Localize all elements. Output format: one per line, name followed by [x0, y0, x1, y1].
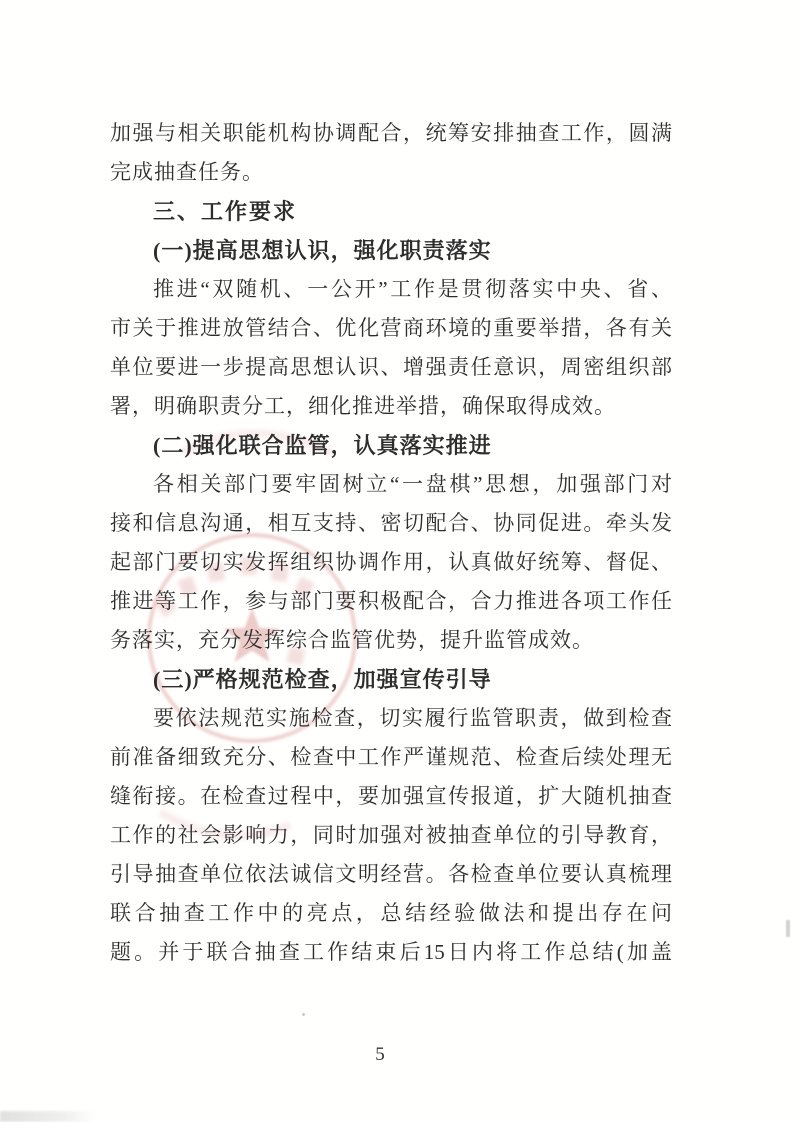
page-number: 5 — [340, 1040, 420, 1070]
document-line: 要依法规范实施检查，切实履行监管职责，做到检查 — [110, 699, 672, 738]
document-line: 缝衔接。在检查过程中，要加强宣传报道，扩大随机抽查 — [110, 777, 672, 816]
document-line: 前准备细致充分、检查中工作严谨规范、检查后续处理无 — [110, 738, 672, 777]
document-page: 加强与相关职能机构协调配合，统筹安排抽查工作，圆满完成抽查任务。三、工作要求(一… — [0, 0, 793, 1122]
document-line: 务落实，充分发挥综合监管优势，提升监管成效。 — [110, 621, 672, 660]
document-line: 市关于推进放管结合、优化营商环境的重要举措，各有关 — [110, 309, 672, 348]
document-line: 接和信息沟通，相互支持、密切配合、协同促进。牵头发 — [110, 504, 672, 543]
document-line: 各相关部门要牢固树立“一盘棋”思想，加强部门对 — [110, 465, 672, 504]
heading-line: (三)严格规范检查，加强宣传引导 — [110, 660, 672, 699]
heading-line: (二)强化联合监管，认真落实推进 — [110, 426, 672, 465]
document-line: 加强与相关职能机构协调配合，统筹安排抽查工作，圆满 — [110, 114, 672, 153]
heading-line: (一)提高思想认识，强化职责落实 — [110, 231, 672, 270]
document-line: 引导抽查单位依法诚信文明经营。各检查单位要认真梳理 — [110, 855, 672, 894]
text-block: 加强与相关职能机构协调配合，统筹安排抽查工作，圆满完成抽查任务。三、工作要求(一… — [110, 114, 672, 972]
document-line: 推进等工作，参与部门要积极配合，合力推进各项工作任 — [110, 582, 672, 621]
document-line: 单位要进一步提高思想认识、增强责任意识，周密组织部 — [110, 348, 672, 387]
document-line: 起部门要切实发挥组织协调作用，认真做好统筹、督促、 — [110, 543, 672, 582]
document-line: 题。并于联合抽查工作结束后15日内将工作总结(加盖 — [110, 933, 672, 972]
document-line: 署，明确职责分工，细化推进举措，确保取得成效。 — [110, 387, 672, 426]
document-line: 工作的社会影响力，同时加强对被抽查单位的引导教育， — [110, 816, 672, 855]
heading-line: 三、工作要求 — [110, 192, 672, 231]
scan-edge-shadow — [0, 1111, 96, 1122]
document-line: 完成抽查任务。 — [110, 153, 672, 192]
scan-speck — [302, 1013, 305, 1016]
document-line: 推进“双随机、一公开”工作是贯彻落实中央、省、 — [110, 270, 672, 309]
document-line: 联合抽查工作中的亮点，总结经验做法和提出存在问 — [110, 894, 672, 933]
scan-edge-artifact — [786, 920, 790, 937]
